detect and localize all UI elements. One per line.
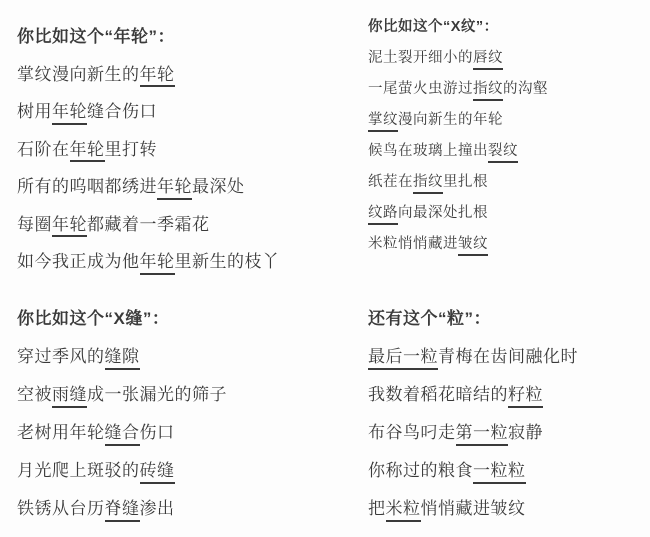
poem-line: 布谷鸟叼走第一粒寂静: [368, 414, 578, 452]
poem-line: 候鸟在玻璃上撞出裂纹: [368, 136, 548, 167]
line-text: 青梅在齿间融化时: [438, 347, 578, 366]
section-lines: 掌纹漫向新生的年轮树用年轮缝合伤口石阶在年轮里打转所有的呜咽都绣进年轮最深处每圈…: [17, 56, 280, 281]
underlined-word: 脊缝: [105, 499, 140, 522]
poem-document: 你比如这个“年轮”： 掌纹漫向新生的年轮树用年轮缝合伤口石阶在年轮里打转所有的呜…: [0, 0, 650, 537]
underlined-word: 一粒粒: [473, 461, 526, 484]
poem-line: 把米粒悄悄藏进皱纹: [368, 490, 578, 528]
underlined-word: 年轮: [70, 140, 105, 163]
poem-line: 你称过的粮食一粒粒: [368, 452, 578, 490]
line-text: 铁锈从台历: [17, 499, 105, 518]
section-lines: 泥土裂开细小的唇纹一尾萤火虫游过指纹的沟壑掌纹漫向新生的年轮候鸟在玻璃上撞出裂纹…: [368, 43, 548, 260]
poem-line: 掌纹漫向新生的年轮: [17, 56, 280, 94]
underlined-word: 第一粒: [456, 423, 509, 446]
underlined-word: 唇纹: [473, 50, 503, 70]
line-text: 泥土裂开细小的: [368, 50, 473, 66]
section-lines: 穿过季风的缝隙空被雨缝成一张漏光的筛子老树用年轮缝合伤口月光爬上斑驳的砖缝铁锈从…: [17, 338, 227, 528]
line-text: 里新生的枝丫: [175, 252, 280, 271]
line-text: 伤口: [140, 423, 175, 442]
underlined-word: 缝隙: [105, 347, 140, 370]
poem-line: 穿过季风的缝隙: [17, 338, 227, 376]
line-text: 寂静: [508, 423, 543, 442]
line-text: 纸茬在: [368, 174, 413, 190]
underlined-word: 纹路: [368, 205, 398, 225]
line-text: 米粒悄悄藏进: [368, 236, 458, 252]
line-text: 的沟壑: [503, 81, 548, 97]
line-text: 穿过季风的: [17, 347, 105, 366]
line-text: 渗出: [140, 499, 175, 518]
underlined-word: 年轮: [157, 177, 192, 200]
section-xfeng: 你比如这个“X缝”： 穿过季风的缝隙空被雨缝成一张漏光的筛子老树用年轮缝合伤口月…: [17, 300, 227, 528]
poem-line: 泥土裂开细小的唇纹: [368, 43, 548, 74]
underlined-word: 裂纹: [488, 143, 518, 163]
poem-line: 最后一粒青梅在齿间融化时: [368, 338, 578, 376]
line-text: 老树用年轮: [17, 423, 105, 442]
poem-line: 米粒悄悄藏进皱纹: [368, 229, 548, 260]
poem-line: 铁锈从台历脊缝渗出: [17, 490, 227, 528]
line-text: 你称过的粮食: [368, 461, 473, 480]
underlined-word: 掌纹: [368, 112, 398, 132]
line-text: 树用: [17, 102, 52, 121]
poem-line: 纹路向最深处扎根: [368, 198, 548, 229]
underlined-word: 年轮: [140, 65, 175, 88]
poem-line: 石阶在年轮里打转: [17, 131, 280, 169]
line-text: 我数着稻花暗结的: [368, 385, 508, 404]
line-text: 都藏着一季霜花: [87, 215, 210, 234]
poem-line: 纸茬在指纹里扎根: [368, 167, 548, 198]
poem-line: 所有的呜咽都绣进年轮最深处: [17, 168, 280, 206]
line-text: 最深处: [192, 177, 245, 196]
line-text: 布谷鸟叼走: [368, 423, 456, 442]
section-title: 你比如这个“X缝”：: [17, 300, 227, 338]
poem-line: 月光爬上斑驳的砖缝: [17, 452, 227, 490]
poem-line: 老树用年轮缝合伤口: [17, 414, 227, 452]
poem-line: 空被雨缝成一张漏光的筛子: [17, 376, 227, 414]
underlined-word: 指纹: [413, 174, 443, 194]
line-text: 向最深处扎根: [398, 205, 488, 221]
underlined-word: 米粒: [386, 499, 421, 522]
line-text: 石阶在: [17, 140, 70, 159]
underlined-word: 年轮: [52, 102, 87, 125]
line-text: 一尾萤火虫游过: [368, 81, 473, 97]
poem-line: 我数着稻花暗结的籽粒: [368, 376, 578, 414]
line-text: 悄悄藏进皱纹: [421, 499, 526, 518]
section-lines: 最后一粒青梅在齿间融化时我数着稻花暗结的籽粒布谷鸟叼走第一粒寂静你称过的粮食一粒…: [368, 338, 578, 528]
section-title: 你比如这个“X纹”：: [368, 12, 548, 43]
poem-line: 如今我正成为他年轮里新生的枝丫: [17, 243, 280, 281]
poem-line: 掌纹漫向新生的年轮: [368, 105, 548, 136]
underlined-word: 籽粒: [508, 385, 543, 408]
section-title: 还有这个“粒”：: [368, 300, 578, 338]
underlined-word: 雨缝: [52, 385, 87, 408]
line-text: 掌纹漫向新生的: [17, 65, 140, 84]
underlined-word: 年轮: [140, 252, 175, 275]
line-text: 候鸟在玻璃上撞出: [368, 143, 488, 159]
section-xwen: 你比如这个“X纹”： 泥土裂开细小的唇纹一尾萤火虫游过指纹的沟壑掌纹漫向新生的年…: [368, 12, 548, 260]
poem-line: 每圈年轮都藏着一季霜花: [17, 206, 280, 244]
line-text: 空被: [17, 385, 52, 404]
line-text: 月光爬上斑驳的: [17, 461, 140, 480]
underlined-word: 指纹: [473, 81, 503, 101]
section-title: 你比如这个“年轮”：: [17, 18, 280, 56]
line-text: 把: [368, 499, 386, 518]
poem-line: 树用年轮缝合伤口: [17, 93, 280, 131]
underlined-word: 皱纹: [458, 236, 488, 256]
line-text: 里扎根: [443, 174, 488, 190]
line-text: 成一张漏光的筛子: [87, 385, 227, 404]
line-text: 每圈: [17, 215, 52, 234]
section-li: 还有这个“粒”： 最后一粒青梅在齿间融化时我数着稻花暗结的籽粒布谷鸟叼走第一粒寂…: [368, 300, 578, 528]
line-text: 漫向新生的年轮: [398, 112, 503, 128]
line-text: 里打转: [105, 140, 158, 159]
line-text: 所有的呜咽都绣进: [17, 177, 157, 196]
line-text: 如今我正成为他: [17, 252, 140, 271]
underlined-word: 年轮: [52, 215, 87, 238]
poem-line: 一尾萤火虫游过指纹的沟壑: [368, 74, 548, 105]
underlined-word: 缝合: [105, 423, 140, 446]
line-text: 缝合伤口: [87, 102, 157, 121]
underlined-word: 砖缝: [140, 461, 175, 484]
underlined-word: 最后一粒: [368, 347, 438, 370]
section-nianlun: 你比如这个“年轮”： 掌纹漫向新生的年轮树用年轮缝合伤口石阶在年轮里打转所有的呜…: [17, 18, 280, 281]
